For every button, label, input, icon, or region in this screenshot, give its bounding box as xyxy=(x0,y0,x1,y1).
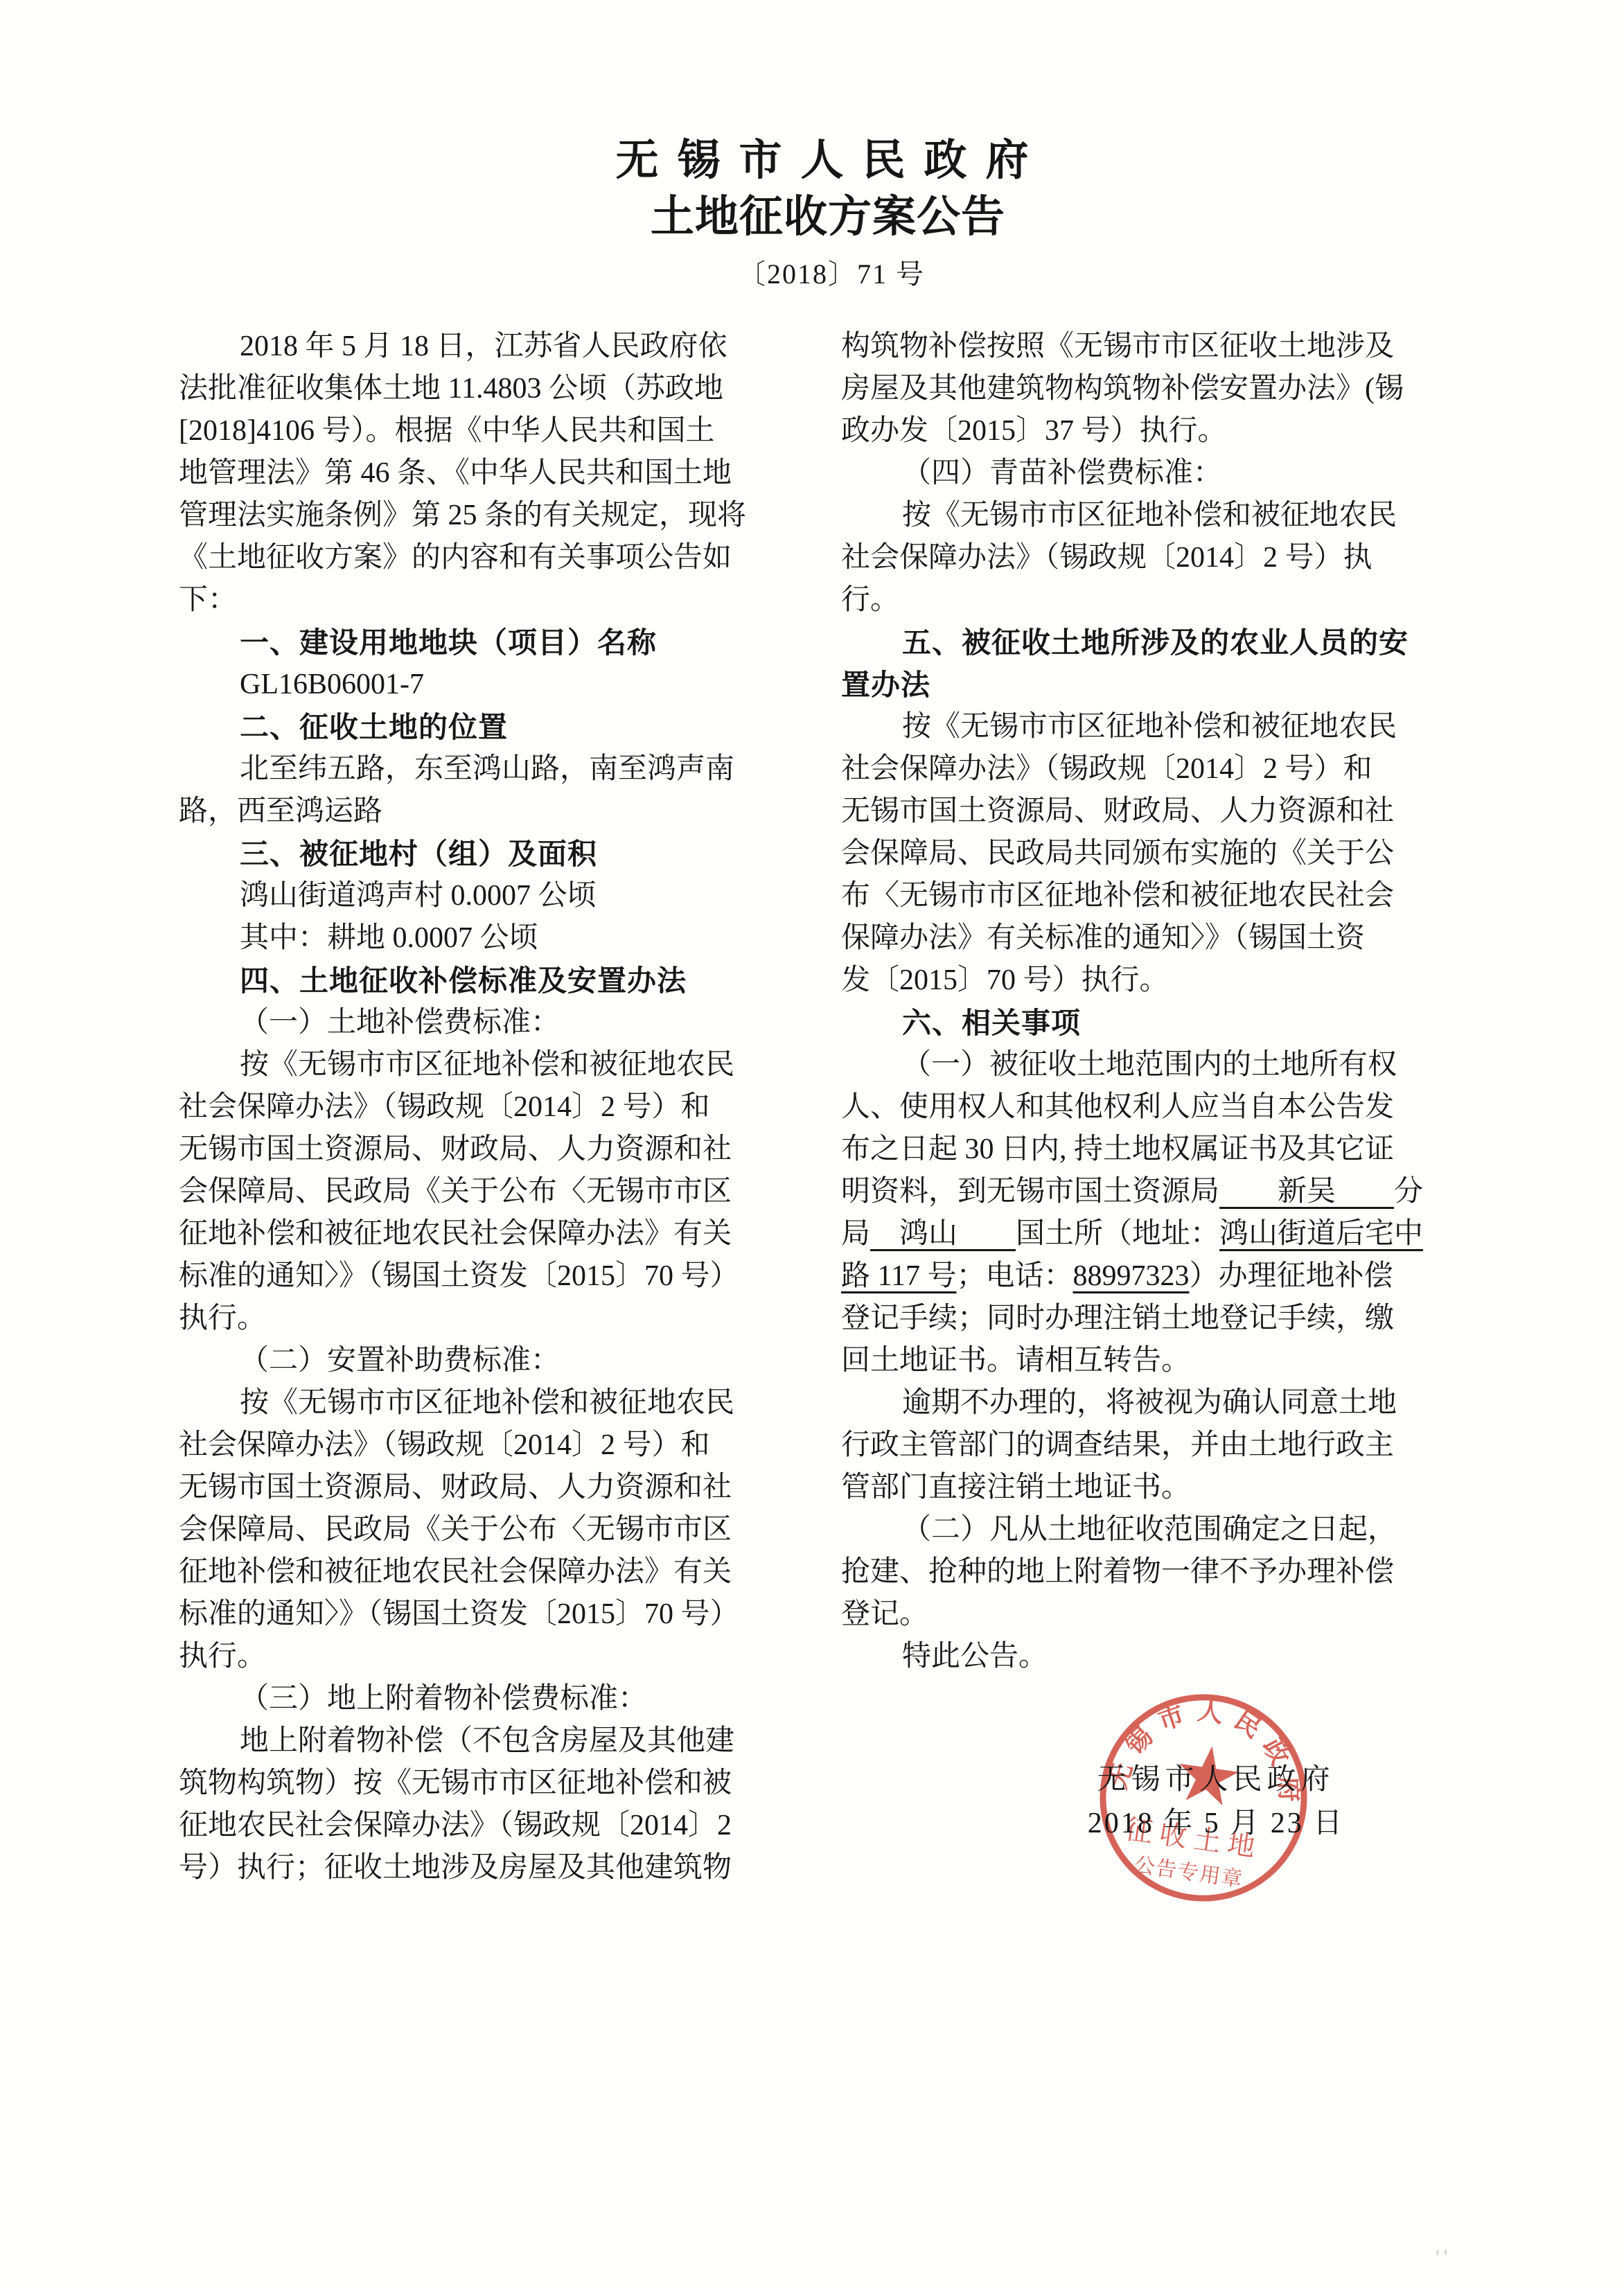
text-line: 五、被征收土地所涉及的农业人员的安 xyxy=(841,621,1458,664)
text-segment: 抢建、抢种的地上附着物一律不予办理补偿 xyxy=(841,1556,1394,1588)
text-line: 筑物构筑物）按《无锡市市区征地补偿和被 xyxy=(179,1762,795,1805)
left-column: 2018 年 5 月 18 日，江苏省人民政府依法批准征收集体土地 11.480… xyxy=(179,326,795,1889)
text-segment: 政办发〔2015〕37 号）执行。 xyxy=(841,415,1227,447)
text-line: 布之日起 30 日内, 持土地权属证书及其它证 xyxy=(841,1129,1458,1171)
text-segment: 分 xyxy=(1394,1176,1423,1208)
text-line: 逾期不办理的，将被视为确认同意土地 xyxy=(841,1382,1458,1424)
text-line: 二、征收土地的位置 xyxy=(179,706,795,748)
text-segment: （一）被征收土地范围内的土地所有权 xyxy=(902,1049,1397,1081)
underlined-fill-in: 鸿山 xyxy=(870,1218,1016,1250)
text-segment: 特此公告。 xyxy=(902,1641,1048,1672)
text-segment: 下： xyxy=(179,584,237,616)
text-line: （二）安置补助费标准： xyxy=(179,1340,795,1382)
text-segment: GL16B06001-7 xyxy=(240,669,424,700)
text-line: 2018 年 5 月 18 日，江苏省人民政府依 xyxy=(179,326,795,368)
text-line: 《土地征收方案》的内容和有关事项公告如 xyxy=(179,537,795,579)
text-segment: 置办法 xyxy=(841,669,930,701)
text-segment: 人、使用权人和其他权利人应当自本公告发 xyxy=(841,1091,1394,1123)
text-segment: 房屋及其他建筑物构筑物补偿安置办法》(锡 xyxy=(841,373,1404,405)
text-segment: 三、被征地村（组）及面积 xyxy=(240,838,597,870)
signature-block: 无锡市人民政府 2018 年 5 月 23 日 xyxy=(1067,1758,1365,1846)
text-line: 无锡市国土资源局、财政局、人力资源和社 xyxy=(179,1467,795,1509)
text-line: 路 117 号；电话：88997323）办理征地补偿 xyxy=(841,1255,1458,1298)
text-line: 标准的通知〉》（锡国土资发〔2015〕70 号） xyxy=(179,1593,795,1636)
text-segment: 北至纬五路，东至鸿山路，南至鸿声南 xyxy=(240,753,734,785)
text-segment: 社会保障办法》（锡政规〔2014〕2 号）执 xyxy=(841,542,1373,574)
text-line: 房屋及其他建筑物构筑物补偿安置办法》(锡 xyxy=(841,368,1458,410)
text-segment: 回土地证书。请相互转告。 xyxy=(841,1345,1190,1377)
text-segment: 会保障局、民政局共同颁布实施的《关于公 xyxy=(841,838,1394,869)
text-segment: 征地农民社会保障办法》（锡政规〔2014〕2 xyxy=(179,1810,732,1841)
text-segment: 按《无锡市市区征地补偿和被征地农民 xyxy=(240,1387,734,1419)
text-line: 下： xyxy=(179,579,795,621)
text-line: 构筑物补偿按照《无锡市市区征收土地涉及 xyxy=(841,326,1458,368)
text-line: 人、使用权人和其他权利人应当自本公告发 xyxy=(841,1086,1458,1129)
text-segment: 其中：耕地 0.0007 公顷 xyxy=(240,922,538,954)
text-segment: 法批准征收集体土地 11.4803 公顷（苏政地 xyxy=(179,373,723,405)
text-segment: 登记。 xyxy=(841,1598,928,1630)
text-line: 抢建、抢种的地上附着物一律不予办理补偿 xyxy=(841,1551,1458,1593)
text-line: 按《无锡市市区征地补偿和被征地农民 xyxy=(179,1382,795,1424)
text-segment: 六、相关事项 xyxy=(902,1007,1081,1039)
text-line: 鸿山街道鸿声村 0.0007 公顷 xyxy=(179,875,795,917)
text-line: （二）凡从土地征收范围确定之日起， xyxy=(841,1509,1458,1551)
text-line: 标准的通知〉》（锡国土资发〔2015〕70 号） xyxy=(179,1255,795,1298)
text-segment: 无锡市国土资源局、财政局、人力资源和社 xyxy=(179,1133,732,1165)
underlined-fill-in: 鸿山街道后宅中 xyxy=(1219,1218,1423,1250)
text-line: 征地农民社会保障办法》（锡政规〔2014〕2 xyxy=(179,1805,795,1847)
text-line: 无锡市国土资源局、财政局、人力资源和社 xyxy=(179,1129,795,1171)
text-segment: 征地补偿和被征地农民社会保障办法》有关 xyxy=(179,1556,732,1588)
document-number: 〔2018〕71 号 xyxy=(0,252,1624,292)
text-segment: 执行。 xyxy=(179,1302,266,1334)
underlined-fill-in: 88997323 xyxy=(1073,1260,1189,1292)
text-line: 登记手续；同时办理注销土地登记手续，缴 xyxy=(841,1298,1458,1340)
text-line: 六、相关事项 xyxy=(841,1002,1458,1044)
text-segment: 地上附着物补偿（不包含房屋及其他建 xyxy=(240,1725,734,1757)
text-line: 置办法 xyxy=(841,664,1458,706)
text-line: 四、土地征收补偿标准及安置办法 xyxy=(179,960,795,1002)
text-line: （一）被征收土地范围内的土地所有权 xyxy=(841,1044,1458,1086)
text-segment: 筑物构筑物）按《无锡市市区征地补偿和被 xyxy=(179,1767,732,1799)
signature-issuer: 无锡市人民政府 xyxy=(1067,1758,1365,1802)
text-segment: 标准的通知〉》（锡国土资发〔2015〕70 号） xyxy=(179,1260,739,1292)
text-segment: 按《无锡市市区征地补偿和被征地农民 xyxy=(240,1049,734,1081)
text-segment: 社会保障办法》（锡政规〔2014〕2 号）和 xyxy=(841,753,1373,785)
text-line: 法批准征收集体土地 11.4803 公顷（苏政地 xyxy=(179,368,795,410)
text-segment: 局 xyxy=(841,1218,870,1250)
text-line: [2018]4106 号）。根据《中华人民共和国土 xyxy=(179,410,795,452)
text-segment: 布〈无锡市市区征地补偿和被征地农民社会 xyxy=(841,880,1394,912)
text-line: 管理法实施条例》第 25 条的有关规定，现将 xyxy=(179,495,795,537)
text-segment: 五、被征收土地所涉及的农业人员的安 xyxy=(902,626,1409,659)
text-segment: 标准的通知〉》（锡国土资发〔2015〕70 号） xyxy=(179,1598,739,1630)
page-title: 无锡市人民政府 xyxy=(0,125,1624,187)
text-segment: 社会保障办法》（锡政规〔2014〕2 号）和 xyxy=(179,1429,710,1461)
text-segment: 行。 xyxy=(841,584,899,616)
underlined-fill-in: 路 117 号 xyxy=(841,1260,956,1292)
scan-noise-mark: '' xyxy=(1436,2245,1452,2270)
text-segment: 行政主管部门的调查结果，并由土地行政主 xyxy=(841,1429,1394,1461)
text-segment: 逾期不办理的，将被视为确认同意土地 xyxy=(902,1387,1397,1419)
text-line: 征地补偿和被征地农民社会保障办法》有关 xyxy=(179,1551,795,1593)
text-line: 路，西至鸿运路 xyxy=(179,790,795,833)
text-segment: 社会保障办法》（锡政规〔2014〕2 号）和 xyxy=(179,1091,710,1123)
text-line: 明资料，到无锡市国土资源局 新吴 分 xyxy=(841,1171,1458,1213)
text-segment: ）办理征地补偿 xyxy=(1189,1260,1393,1292)
text-segment: 《土地征收方案》的内容和有关事项公告如 xyxy=(179,542,732,574)
text-line: 无锡市国土资源局、财政局、人力资源和社 xyxy=(841,790,1458,833)
text-segment: 布之日起 30 日内, 持土地权属证书及其它证 xyxy=(841,1133,1394,1165)
text-line: 征地补偿和被征地农民社会保障办法》有关 xyxy=(179,1213,795,1255)
text-segment: 无锡市国土资源局、财政局、人力资源和社 xyxy=(179,1471,732,1503)
text-segment: （三）地上附着物补偿费标准： xyxy=(240,1683,647,1715)
text-segment: 征地补偿和被征地农民社会保障办法》有关 xyxy=(179,1218,732,1250)
scanned-announcement-page: 无锡市人民政府 土地征收方案公告 〔2018〕71 号 2018 年 5 月 1… xyxy=(0,0,1624,2289)
text-line: 发〔2015〕70 号）执行。 xyxy=(841,960,1458,1002)
underlined-fill-in: 新吴 xyxy=(1219,1176,1394,1208)
text-line: 社会保障办法》（锡政规〔2014〕2 号）和 xyxy=(179,1424,795,1467)
text-line: 社会保障办法》（锡政规〔2014〕2 号）和 xyxy=(179,1086,795,1129)
text-line: 号）执行；征收土地涉及房屋及其他建筑物 xyxy=(179,1847,795,1889)
text-line: 行。 xyxy=(841,579,1458,621)
text-segment: 路，西至鸿运路 xyxy=(179,795,382,827)
text-line: 局 鸿山 国土所（地址：鸿山街道后宅中 xyxy=(841,1213,1458,1255)
text-line: 管部门直接注销土地证书。 xyxy=(841,1467,1458,1509)
text-segment: [2018]4106 号）。根据《中华人民共和国土 xyxy=(179,415,714,447)
text-segment: 管理法实施条例》第 25 条的有关规定，现将 xyxy=(179,500,746,531)
text-segment: （四）青苗补偿费标准： xyxy=(902,457,1222,489)
text-segment: 号）执行；征收土地涉及房屋及其他建筑物 xyxy=(179,1852,732,1884)
text-line: 一、建设用地地块（项目）名称 xyxy=(179,621,795,664)
text-line: 三、被征地村（组）及面积 xyxy=(179,833,795,875)
text-line: 北至纬五路，东至鸿山路，南至鸿声南 xyxy=(179,748,795,790)
text-segment: 地管理法》第 46 条、《中华人民共和国土地 xyxy=(179,457,732,489)
text-line: 执行。 xyxy=(179,1298,795,1340)
text-segment: 按《无锡市市区征地补偿和被征地农民 xyxy=(902,500,1397,531)
text-line: （一）土地补偿费标准： xyxy=(179,1002,795,1044)
text-segment: 登记手续；同时办理注销土地登记手续，缴 xyxy=(841,1302,1394,1334)
text-segment: 二、征收土地的位置 xyxy=(240,711,508,743)
text-line: 按《无锡市市区征地补偿和被征地农民 xyxy=(179,1044,795,1086)
text-segment: 一、建设用地地块（项目）名称 xyxy=(240,626,657,659)
text-line: 会保障局、民政局共同颁布实施的《关于公 xyxy=(841,833,1458,875)
text-line: 社会保障办法》（锡政规〔2014〕2 号）和 xyxy=(841,748,1458,790)
page-subtitle: 土地征收方案公告 xyxy=(0,182,1624,245)
text-line: 其中：耕地 0.0007 公顷 xyxy=(179,917,795,960)
text-line: 回土地证书。请相互转告。 xyxy=(841,1340,1458,1382)
signature-date: 2018 年 5 月 23 日 xyxy=(1067,1802,1365,1846)
text-segment: 明资料，到无锡市国土资源局 xyxy=(841,1176,1219,1208)
text-segment: 管部门直接注销土地证书。 xyxy=(841,1471,1190,1503)
text-segment: 按《无锡市市区征地补偿和被征地农民 xyxy=(902,711,1397,743)
text-line: 执行。 xyxy=(179,1636,795,1678)
text-segment: 保障办法》有关标准的通知〉》（锡国土资 xyxy=(841,922,1365,954)
text-segment: 鸿山街道鸿声村 0.0007 公顷 xyxy=(240,880,597,912)
text-line: 登记。 xyxy=(841,1593,1458,1636)
text-segment: 发〔2015〕70 号）执行。 xyxy=(841,964,1169,996)
text-segment: （二）安置补助费标准： xyxy=(240,1345,560,1377)
text-line: 地管理法》第 46 条、《中华人民共和国土地 xyxy=(179,452,795,495)
text-line: 按《无锡市市区征地补偿和被征地农民 xyxy=(841,706,1458,748)
text-segment: 构筑物补偿按照《无锡市市区征收土地涉及 xyxy=(841,330,1394,362)
text-line: 社会保障办法》（锡政规〔2014〕2 号）执 xyxy=(841,537,1458,579)
text-segment: 会保障局、民政局《关于公布〈无锡市市区 xyxy=(179,1514,732,1546)
text-segment: 无锡市国土资源局、财政局、人力资源和社 xyxy=(841,795,1394,827)
text-line: GL16B06001-7 xyxy=(179,664,795,706)
right-column: 构筑物补偿按照《无锡市市区征收土地涉及房屋及其他建筑物构筑物补偿安置办法》(锡政… xyxy=(841,326,1458,1678)
text-line: 会保障局、民政局《关于公布〈无锡市市区 xyxy=(179,1509,795,1551)
text-line: 会保障局、民政局《关于公布〈无锡市市区 xyxy=(179,1171,795,1213)
text-segment: （一）土地补偿费标准： xyxy=(240,1007,560,1039)
text-line: 地上附着物补偿（不包含房屋及其他建 xyxy=(179,1720,795,1762)
text-segment: （二）凡从土地征收范围确定之日起， xyxy=(902,1514,1397,1546)
text-segment: 执行。 xyxy=(179,1641,266,1672)
text-segment: ；电话： xyxy=(956,1260,1073,1292)
text-line: 政办发〔2015〕37 号）执行。 xyxy=(841,410,1458,452)
text-line: 行政主管部门的调查结果，并由土地行政主 xyxy=(841,1424,1458,1467)
text-line: 特此公告。 xyxy=(841,1636,1458,1678)
text-segment: 四、土地征收补偿标准及安置办法 xyxy=(240,964,687,997)
text-line: 按《无锡市市区征地补偿和被征地农民 xyxy=(841,495,1458,537)
text-segment: 国土所（地址： xyxy=(1016,1218,1219,1250)
text-segment: 会保障局、民政局《关于公布〈无锡市市区 xyxy=(179,1176,732,1208)
text-line: （三）地上附着物补偿费标准： xyxy=(179,1678,795,1720)
text-segment: 2018 年 5 月 18 日，江苏省人民政府依 xyxy=(240,330,727,362)
text-line: 保障办法》有关标准的通知〉》（锡国土资 xyxy=(841,917,1458,960)
text-line: 布〈无锡市市区征地补偿和被征地农民社会 xyxy=(841,875,1458,917)
text-line: （四）青苗补偿费标准： xyxy=(841,452,1458,495)
